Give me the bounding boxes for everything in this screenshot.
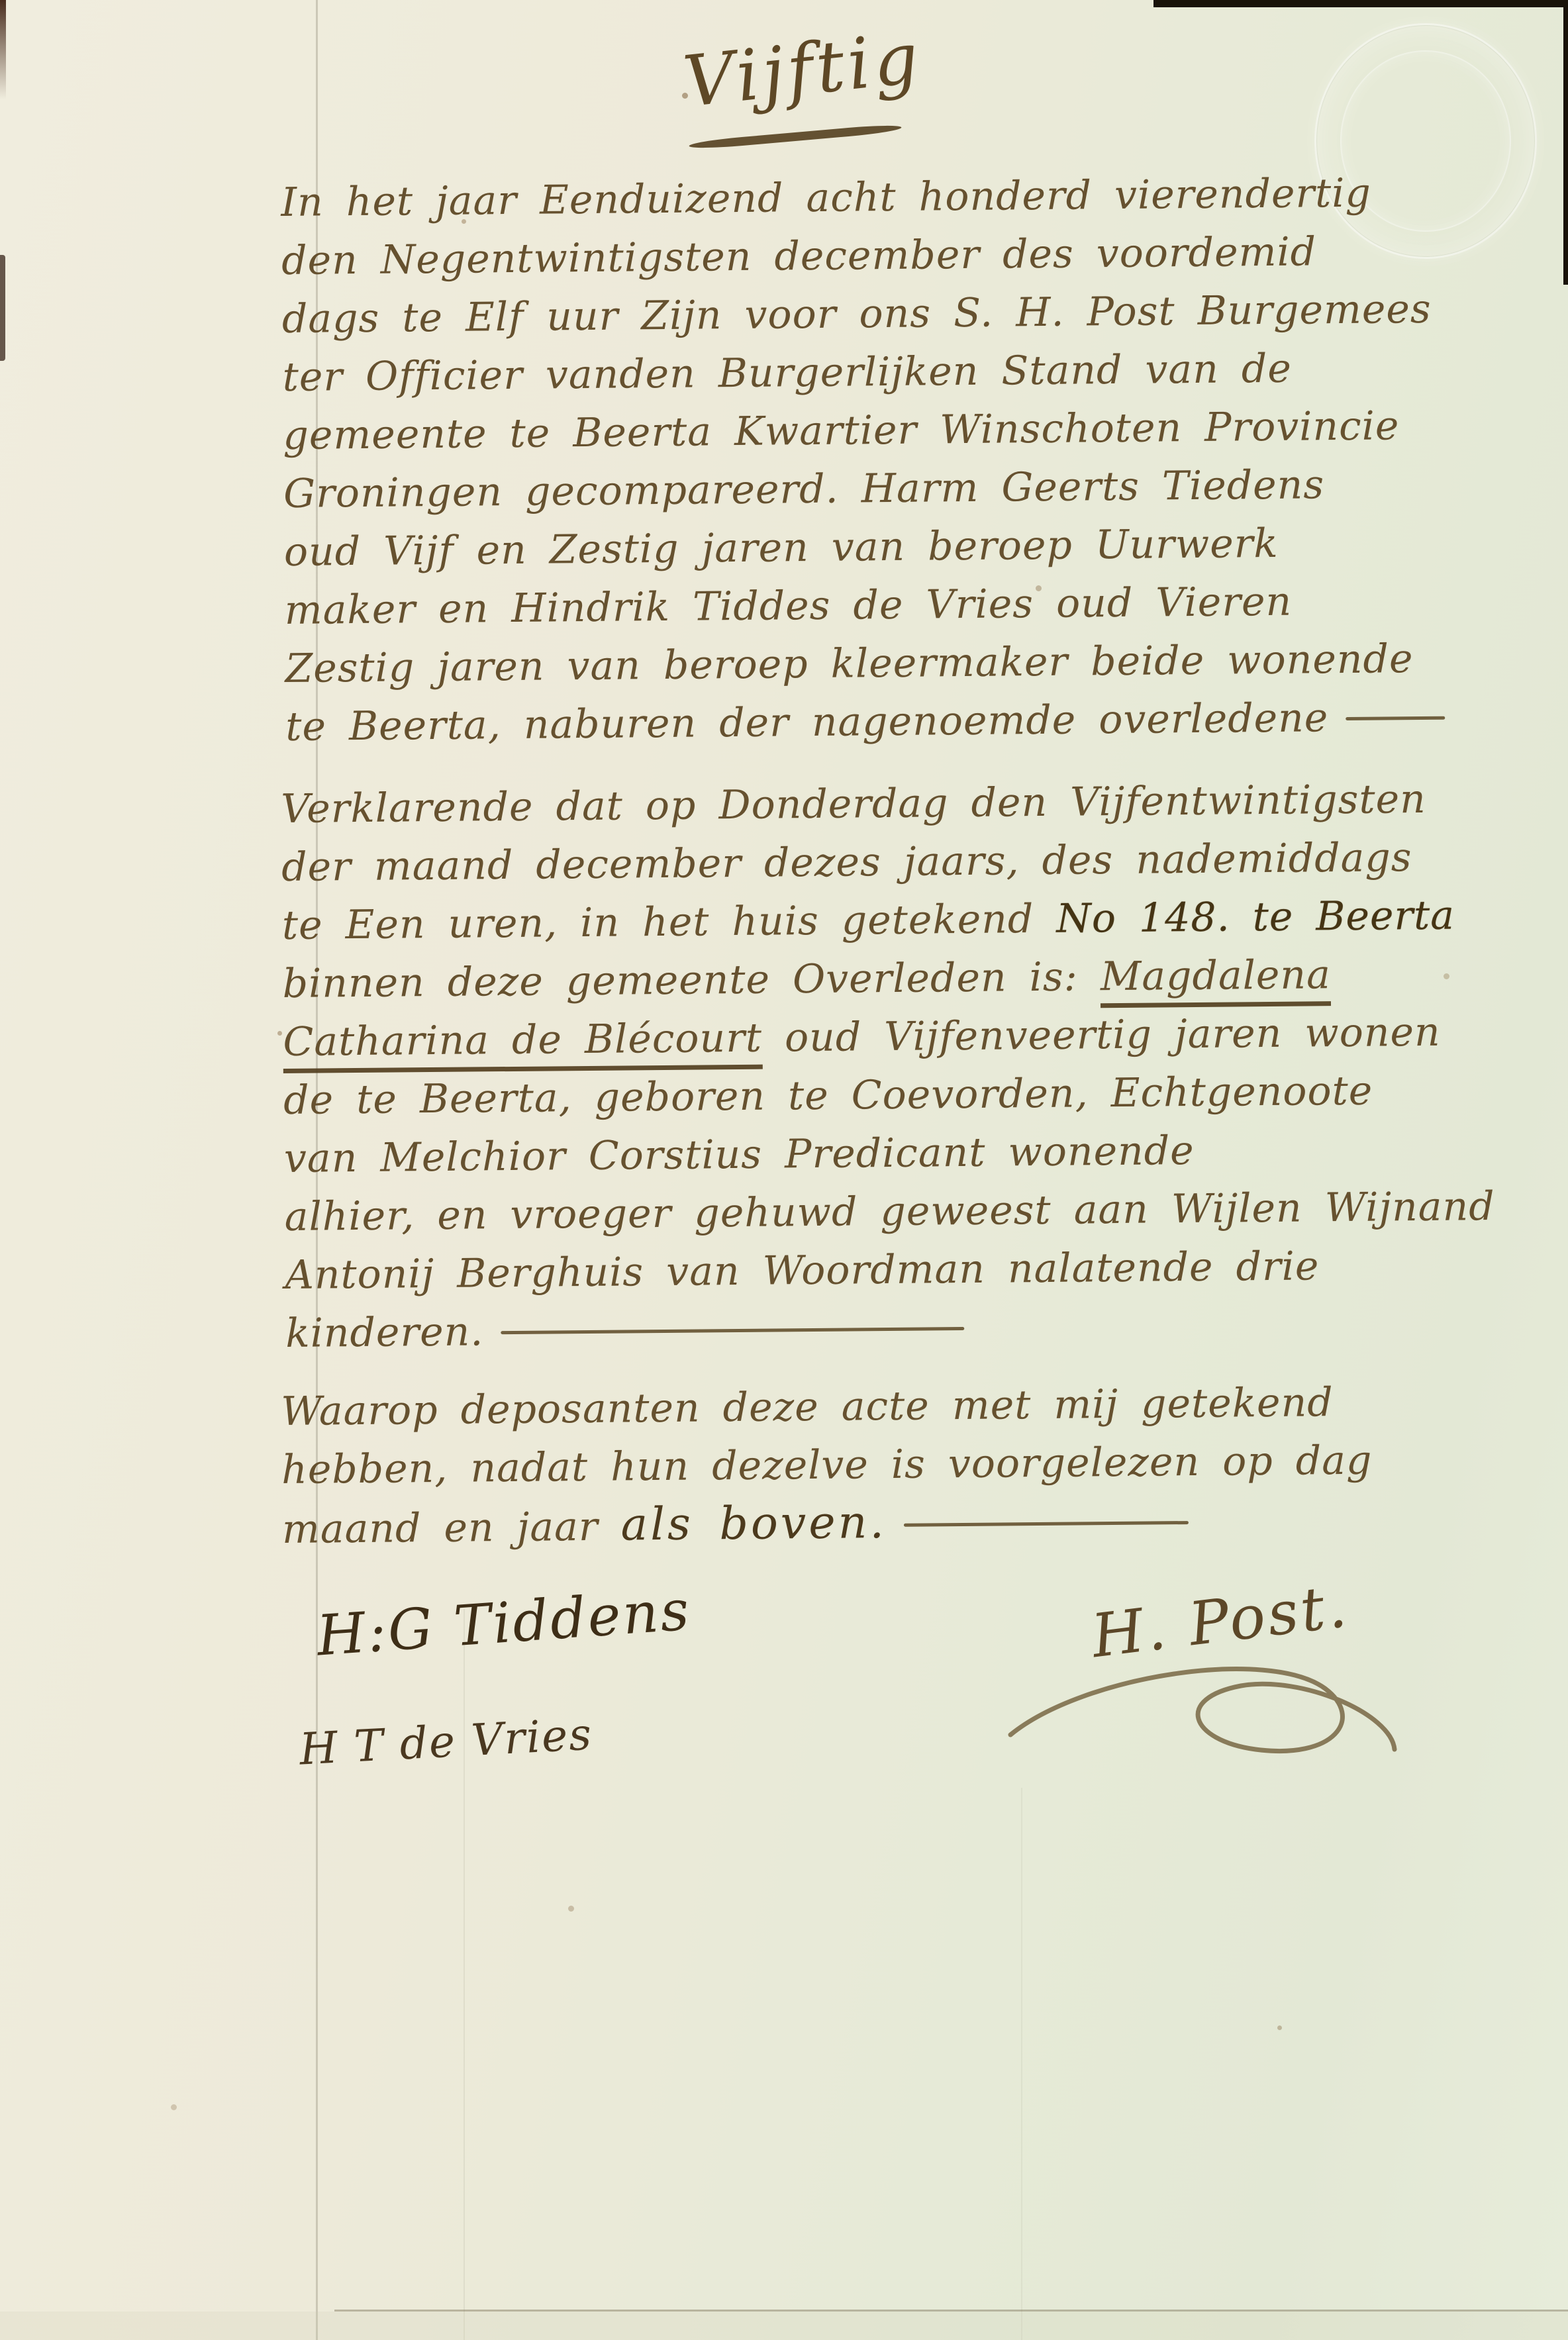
deceased-first-name: Magdalena (1101, 951, 1332, 1008)
scan-edge-left-blotch (0, 255, 5, 361)
text-line: dags te Elf uur Zijn voor ons S. H. Post… (282, 279, 1541, 348)
text-line: Verklarende dat op Donderdag den Vijfent… (281, 769, 1540, 838)
text-span: maand en jaar (282, 1504, 621, 1553)
text-line: te Een uren, in het huis getekend No 148… (282, 885, 1541, 955)
dash-rule (501, 1327, 964, 1334)
page-bottom-strip (0, 2312, 1568, 2340)
paper-crease (1021, 1788, 1022, 2340)
text-line: Antonij Berghuis van Woordman nalatende … (285, 1235, 1543, 1304)
paragraph-closing: Waarop deposanten deze acte met mij gete… (281, 1371, 1540, 1559)
scanned-death-record-page: Vijftig In het jaar Eenduizend acht hond… (0, 0, 1568, 2340)
dash-rule (1346, 716, 1445, 720)
house-number-span: No 148. te Beerta (1056, 893, 1455, 942)
text-line: Groningen gecompareerd. Harm Geerts Tied… (283, 454, 1542, 523)
text-line: binnen deze gemeente Overleden is: Magda… (282, 944, 1541, 1013)
text-line: Catharina de Blécourt oud Vijfenveertig … (283, 1002, 1542, 1071)
text-line: maand en jaar als boven. (282, 1488, 1541, 1559)
scan-edge-left-top (0, 0, 6, 99)
text-line: Waarop deposanten deze acte met mij gete… (281, 1371, 1540, 1441)
text-line: maker en Hindrik Tiddes de Vries oud Vie… (284, 570, 1543, 640)
text-span: oud Vijfenveertig jaren wonen (762, 1009, 1441, 1061)
scan-edge-right (1563, 0, 1568, 285)
text-line: te Beerta, naburen der nagenoemde overle… (285, 687, 1544, 756)
act-title: Vijftig (680, 17, 926, 123)
text-line: In het jaar Eenduizend acht honderd vier… (281, 162, 1540, 232)
text-span: te Beerta, naburen der nagenoemde overle… (285, 695, 1329, 750)
dash-rule (904, 1521, 1189, 1527)
text-line: gemeente te Beerta Kwartier Winschoten P… (283, 395, 1542, 465)
paragraph-comparition: In het jaar Eenduizend acht honderd vier… (281, 162, 1544, 756)
paragraph-declaration: Verklarende dat op Donderdag den Vijfent… (281, 769, 1544, 1363)
als-boven-span: als boven. (620, 1496, 887, 1551)
act-title-underline (689, 123, 902, 150)
text-span: binnen deze gemeente Overleden is: (282, 953, 1101, 1007)
text-line: ter Officier vanden Burgerlijken Stand v… (282, 337, 1541, 407)
signature-flourish (991, 1635, 1428, 1794)
text-span: kinderen. (285, 1308, 484, 1357)
text-line: de te Beerta, geboren te Coevorden, Echt… (283, 1060, 1542, 1130)
scan-edge-top (1153, 0, 1568, 7)
text-line: hebben, nadat hun dezelve is voorgelezen… (281, 1430, 1540, 1499)
text-line: den Negentwintigsten december des voorde… (281, 220, 1540, 290)
deceased-surname: Catharina de Blécourt (283, 1015, 762, 1073)
text-line: alhier, en vroeger gehuwd geweest aan Wi… (284, 1177, 1543, 1246)
text-line: kinderen. (285, 1293, 1544, 1363)
text-line: van Melchior Corstius Predicant wonende (284, 1118, 1543, 1188)
foxing-specks (0, 0, 3, 3)
text-span: te Een uren, in het huis getekend (282, 896, 1057, 949)
text-line: Zestig jaren van beroep kleermaker beide… (285, 628, 1543, 698)
signature-witness-de-vries: H T de Vries (298, 1708, 594, 1775)
text-line: der maand december dezes jaars, des nade… (281, 827, 1540, 897)
text-line: oud Vijf en Zestig jaren van beroep Uurw… (284, 512, 1543, 581)
signature-witness-tiddens: H:G Tiddens (315, 1577, 693, 1668)
